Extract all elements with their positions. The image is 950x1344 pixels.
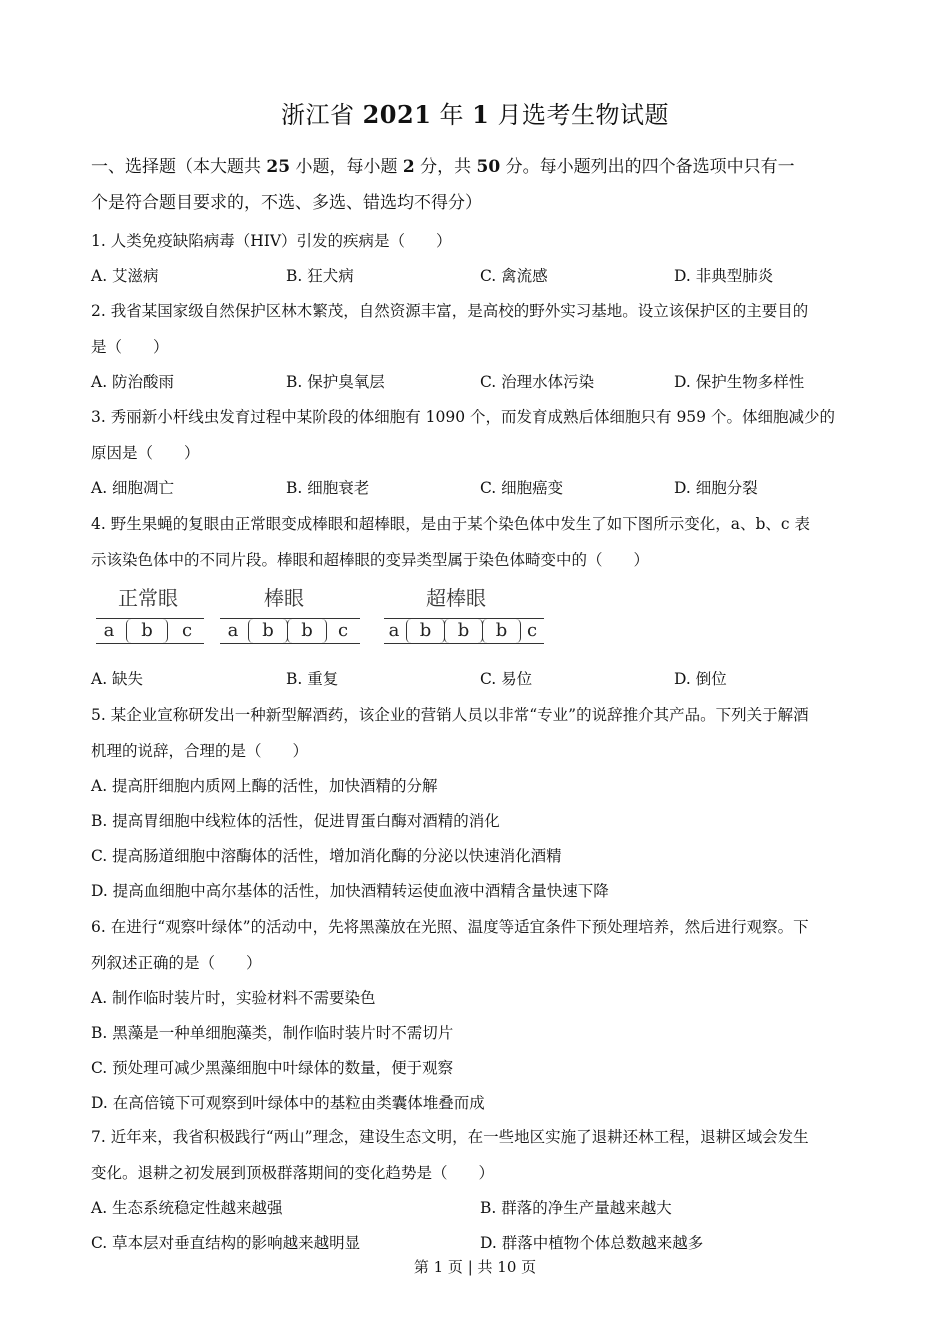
question-3-option-c: C. 细胞癌变 [480,477,563,499]
segment-c: c [172,619,202,643]
question-5-option-b: B. 提高胃细胞中线粒体的活性，促进胃蛋白酶对酒精的消化 [91,810,500,832]
question-3-stem: 3. 秀丽新小杆线虫发育过程中某阶段的体细胞有 1090 个，而发育成熟后体细胞… [91,406,835,428]
points-each: 2 [403,157,415,177]
question-4-option-d: D. 倒位 [674,668,727,690]
page-title: 浙江省 2021 年 1 月选考生物试题 [0,97,950,133]
question-6-option-d: D. 在高倍镜下可观察到叶绿体中的基粒由类囊体堆叠而成 [91,1092,485,1114]
segment-c: c [328,619,358,643]
segment-b: b [248,619,288,643]
section-header-line-1: 一、选择题（本大题共 25 小题，每小题 2 分，共 50 分。每小题列出的四个… [91,156,795,178]
question-2-option-a: A. 防治酸雨 [91,371,174,393]
question-6-option-c: C. 预处理可减少黑藻细胞中叶绿体的数量，便于观察 [91,1057,453,1079]
question-5-stem: 机理的说辞，合理的是（ ） [91,740,308,762]
question-1-option-d: D. 非典型肺炎 [674,265,773,287]
question-4-stem: 4. 野生果蝇的复眼由正常眼变成棒眼和超棒眼，是由于某个染色体中发生了如下图所示… [91,513,810,535]
segment-a: a [220,619,246,643]
question-6-option-b: B. 黑藻是一种单细胞藻类，制作临时装片时不需切片 [91,1022,453,1044]
exam-page: 浙江省 2021 年 1 月选考生物试题 一、选择题（本大题共 25 小题，每小… [0,0,950,1344]
question-4-option-b: B. 重复 [286,668,338,690]
question-5-option-a: A. 提高肝细胞内质网上酶的活性，加快酒精的分解 [91,775,438,797]
section-text: 分。每小题列出的四个备选项中只有一 [500,157,794,177]
question-7-stem: 7. 近年来，我省积极践行“两山”理念，建设生态文明，在一些地区实施了退耕还林工… [91,1126,809,1148]
question-6-stem: 6. 在进行“观察叶绿体”的活动中，先将黑藻放在光照、温度等适宜条件下预处理培养… [91,916,809,938]
segment-b: b [126,619,168,643]
question-3-option-d: D. 细胞分裂 [674,477,758,499]
question-5-option-d: D. 提高血细胞中高尔基体的活性，加快酒精转运使血液中酒精含量快速下降 [91,880,609,902]
chromosome-diagram: 正常眼 a b c 棒眼 a b b c 超棒眼 a b b b [92,584,552,648]
question-1-option-a: A. 艾滋病 [91,265,159,287]
chromosome-bar: a b b c [220,618,360,644]
panel-label: 棒眼 [264,584,304,612]
question-2-stem: 2. 我省某国家级自然保护区林木繁茂，自然资源丰富，是高校的野外实习基地。设立该… [91,300,808,322]
question-3-option-a: A. 细胞凋亡 [91,477,174,499]
panel-label: 超棒眼 [426,584,486,612]
chromosome-bar: a b c [96,618,204,644]
segment-b: b [482,619,521,643]
question-2-option-b: B. 保护臭氧层 [286,371,385,393]
segment-b: b [406,619,445,643]
question-2-option-d: D. 保护生物多样性 [674,371,804,393]
total-points: 50 [477,157,501,177]
section-text: 小题，每小题 [290,157,403,177]
question-1-stem: 1. 人类免疫缺陷病毒（HIV）引发的疾病是（ ） [91,230,452,252]
question-2-stem: 是（ ） [91,336,169,358]
question-6-option-a: A. 制作临时装片时，实验材料不需要染色 [91,987,376,1009]
section-header-line-2: 个是符合题目要求的，不选、多选、错选均不得分） [91,192,482,214]
question-2-option-c: C. 治理水体污染 [480,371,594,393]
question-7-option-a: A. 生态系统稳定性越来越强 [91,1197,283,1219]
title-month: 1 [472,100,489,129]
chromosome-bar: a b b b c [384,618,544,644]
question-1-option-c: C. 禽流感 [480,265,548,287]
title-text: 月选考生物试题 [489,101,669,129]
segment-b: b [444,619,483,643]
title-text: 浙江省 [281,101,363,129]
question-3-stem: 原因是（ ） [91,442,200,464]
question-7-option-d: D. 群落中植物个体总数越来越多 [480,1232,703,1254]
question-7-option-c: C. 草本层对垂直结构的影响越来越明显 [91,1232,360,1254]
question-4-option-a: A. 缺失 [91,668,143,690]
section-text: 分，共 [415,157,477,177]
question-5-option-c: C. 提高肠道细胞中溶酶体的活性，增加消化酶的分泌以快速消化酒精 [91,845,562,867]
segment-a: a [96,619,122,643]
question-7-stem: 变化。退耕之初发展到顶极群落期间的变化趋势是（ ） [91,1162,494,1184]
segment-a: a [384,619,404,643]
question-4-option-c: C. 易位 [480,668,532,690]
question-7-option-b: B. 群落的净生产量越来越大 [480,1197,672,1219]
section-text: 一、选择题（本大题共 [91,157,266,177]
question-3-option-b: B. 细胞衰老 [286,477,369,499]
question-1-option-b: B. 狂犬病 [286,265,354,287]
question-count: 25 [266,157,290,177]
page-footer: 第 1 页 | 共 10 页 [0,1256,950,1278]
segment-b: b [287,619,327,643]
question-6-stem: 列叙述正确的是（ ） [91,952,262,974]
panel-label: 正常眼 [118,584,178,612]
title-year: 2021 [363,100,432,129]
title-text: 年 [431,101,472,129]
question-4-stem: 示该染色体中的不同片段。棒眼和超棒眼的变异类型属于染色体畸变中的（ ） [91,549,649,571]
question-5-stem: 5. 某企业宣称研发出一种新型解酒药，该企业的营销人员以非常“专业”的说辞推介其… [91,704,809,726]
segment-c: c [522,619,542,643]
